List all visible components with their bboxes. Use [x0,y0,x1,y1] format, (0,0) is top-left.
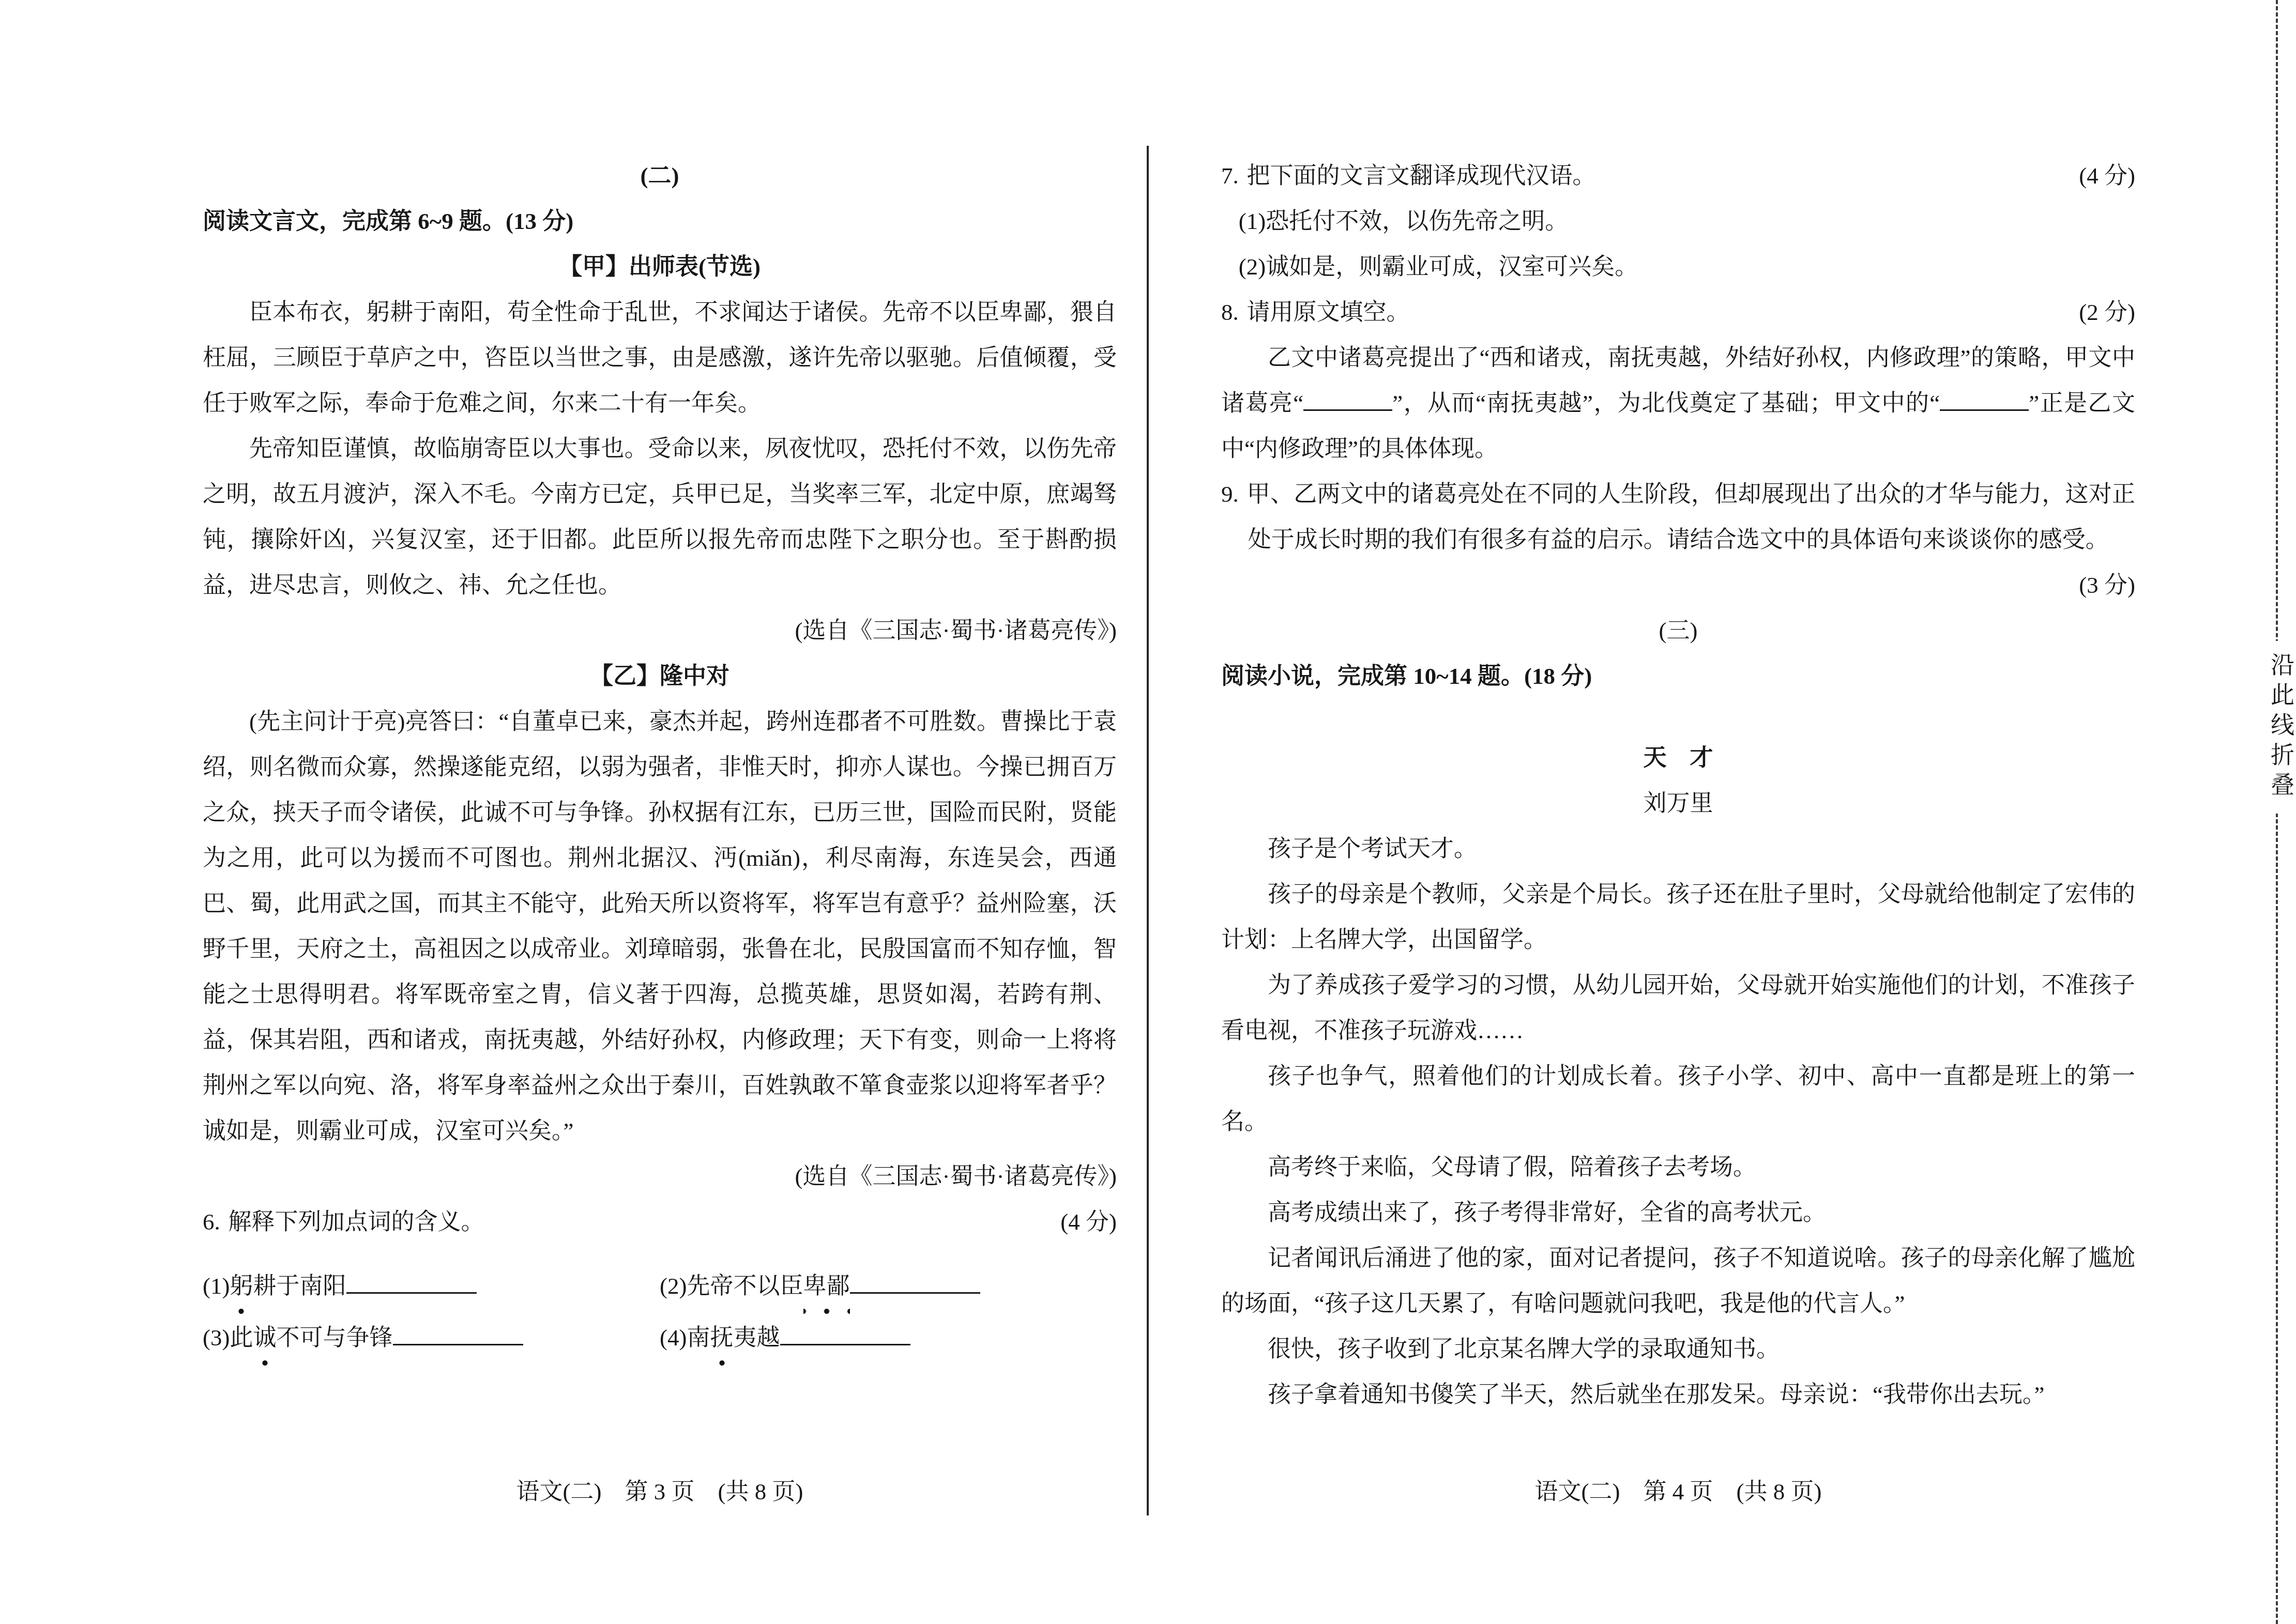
story-paragraph-7: 记者闻讯后涌进了他的家，面对记者提问，孩子不知道说啥。孩子的母亲化解了尴尬的场面… [1221,1235,2135,1326]
section-heading-3: (三) [1221,608,2135,653]
story-paragraph-1: 孩子是个考试天才。 [1221,826,2135,871]
question-6: 6.解释下列加点词的含义。 (4 分) [203,1199,1117,1245]
question-6-text-line: 6.解释下列加点词的含义。 [203,1199,484,1245]
story-title: 天 才 [1221,735,2135,780]
fold-line-label: 沿此线折叠 [2260,641,2296,814]
item-4-after: 夷越 [734,1325,780,1351]
question-8-body: 乙文中诸葛亮提出了“西和诸戎，南抚夷越，外结好孙权，内修政理”的策略，甲文中诸葛… [1221,335,2135,471]
question-6-number: 6. [203,1209,220,1235]
exam-page-4: 7.把下面的文言文翻译成现代汉语。 (4 分) (1)恐托付不效，以伤先帝之明。… [1221,153,2135,1417]
question-8-segment-2: ”，从而“南抚夷越”，为北伐奠定了基础；甲文中的“ [1392,390,1940,416]
question-9-text: 甲、乙两文中的诸葛亮处在不同的人生阶段，但却展现出了出众的才华与能力，这对正处于… [1247,481,2136,553]
question-7: 7.把下面的文言文翻译成现代汉语。 (4 分) [1221,153,2135,198]
question-8: 8.请用原文填空。 (2 分) [1221,289,2135,335]
passage-jia-paragraph-2: 先帝知臣谨慎，故临崩寄臣以大事也。受命以来，夙夜忧叹，恐托付不效，以伤先帝之明，… [203,426,1117,608]
passage-yi-source: (选自《三国志·蜀书·诸葛亮传》) [203,1154,1117,1199]
question-6-row-2: (3)此诚不可与争锋 (4)南抚夷越 [203,1315,1117,1360]
question-7-score: (4 分) [2079,153,2135,198]
question-9: 9.甲、乙两文中的诸葛亮处在不同的人生阶段，但却展现出了出众的才华与能力，这对正… [1221,471,2135,562]
passage-jia-paragraph-1: 臣本布衣，躬耕于南阳，苟全性命于乱世，不求闻达于诸侯。先帝不以臣卑鄙，猥自枉屈，… [203,289,1117,426]
story-paragraph-2: 孩子的母亲是个教师，父亲是个局长。孩子还在肚子里时，父母就给他制定了宏伟的计划：… [1221,871,2135,962]
item-4-dotted-word: 抚 [710,1315,734,1360]
question-7-text: 把下面的文言文翻译成现代汉语。 [1247,163,1596,189]
passage-jia-source: (选自《三国志·蜀书·诸葛亮传》) [203,608,1117,653]
story-paragraph-9: 孩子拿着通知书傻笑了半天，然后就坐在那发呆。母亲说：“我带你出去玩。” [1221,1372,2135,1417]
story-author: 刘万里 [1221,780,2135,826]
reading-instruction-classical: 阅读文言文，完成第 6~9 题。(13 分) [203,198,1117,244]
question-8-text: 请用原文填空。 [1247,299,1410,325]
item-3-answer-blank [393,1321,523,1345]
story-paragraph-5: 高考终于来临，父母请了假，陪着孩子去考场。 [1221,1144,2135,1190]
item-3-before: 此 [230,1325,253,1351]
item-4-before: 南 [687,1325,710,1351]
question-8-score: (2 分) [2079,289,2135,335]
question-9-score: (3 分) [1221,562,2135,608]
question-6-text: 解释下列加点词的含义。 [229,1209,484,1235]
question-8-text-line: 8.请用原文填空。 [1221,289,1410,335]
item-4-answer-blank [780,1321,910,1345]
question-9-number: 9. [1221,481,1239,507]
item-4-label: (4) [660,1325,687,1351]
item-3-dotted-word: 诚 [253,1315,277,1360]
passage-yi-title: 【乙】隆中对 [203,653,1117,699]
question-6-item-4: (4)南抚夷越 [660,1315,1117,1360]
story-paragraph-8: 很快，孩子收到了北京某名牌大学的录取通知书。 [1221,1326,2135,1372]
question-6-score: (4 分) [1060,1199,1117,1245]
section-heading-2: (二) [203,153,1117,198]
reading-instruction-fiction: 阅读小说，完成第 10~14 题。(18 分) [1221,653,2135,699]
item-1-after: 耕于南阳 [253,1273,346,1299]
item-2-answer-blank [850,1269,980,1294]
passage-yi-paragraph-1: (先主问计于亮)亮答曰：“自董卓已来，豪杰并起，跨州连郡者不可胜数。曹操比于袁绍… [203,699,1117,1154]
page-4-footer: 语文(二) 第 4 页 (共 8 页) [1221,1469,2135,1514]
question-6-items: (1)躬耕于南阳 (2)先帝不以臣卑鄙 (3)此诚不可与争锋 (4)南抚夷越 [203,1263,1117,1360]
item-2-label: (2) [660,1273,687,1299]
story-paragraph-4: 孩子也争气，照着他们的计划成长着。孩子小学、初中、高中一直都是班上的第一名。 [1221,1053,2135,1144]
question-8-blank-2 [1940,386,2029,411]
question-6-item-1: (1)躬耕于南阳 [203,1263,660,1309]
question-7-sub-2: (2)诚如是，则霸业可成，汉室可兴矣。 [1221,244,2135,289]
question-7-text-line: 7.把下面的文言文翻译成现代汉语。 [1221,153,1596,198]
story-paragraph-6: 高考成绩出来了，孩子考得非常好，全省的高考状元。 [1221,1190,2135,1235]
story-paragraph-3: 为了养成孩子爱学习的习惯，从幼儿园开始，父母就开始实施他们的计划，不准孩子看电视… [1221,962,2135,1053]
page-3-footer: 语文(二) 第 3 页 (共 8 页) [203,1469,1117,1514]
question-8-blank-1 [1303,386,1392,411]
question-7-number: 7. [1221,163,1239,189]
question-7-sub-1: (1)恐托付不效，以伤先帝之明。 [1221,198,2135,244]
item-2-before: 先帝不以臣 [687,1273,803,1299]
page-divider-line [1147,146,1149,1515]
item-1-answer-blank [346,1269,477,1294]
item-3-after: 不可与争锋 [277,1325,393,1351]
passage-jia-title: 【甲】出师表(节选) [203,244,1117,289]
item-1-label: (1) [203,1273,230,1299]
question-6-item-2: (2)先帝不以臣卑鄙 [660,1263,1117,1309]
item-2-dotted-word: 卑鄙 [803,1263,850,1309]
exam-page-3: (二) 阅读文言文，完成第 6~9 题。(13 分) 【甲】出师表(节选) 臣本… [203,153,1117,1360]
question-8-number: 8. [1221,299,1239,325]
item-1-dotted-word: 躬 [230,1263,253,1309]
item-3-label: (3) [203,1325,230,1351]
question-6-item-3: (3)此诚不可与争锋 [203,1315,660,1360]
question-6-row-1: (1)躬耕于南阳 (2)先帝不以臣卑鄙 [203,1263,1117,1309]
